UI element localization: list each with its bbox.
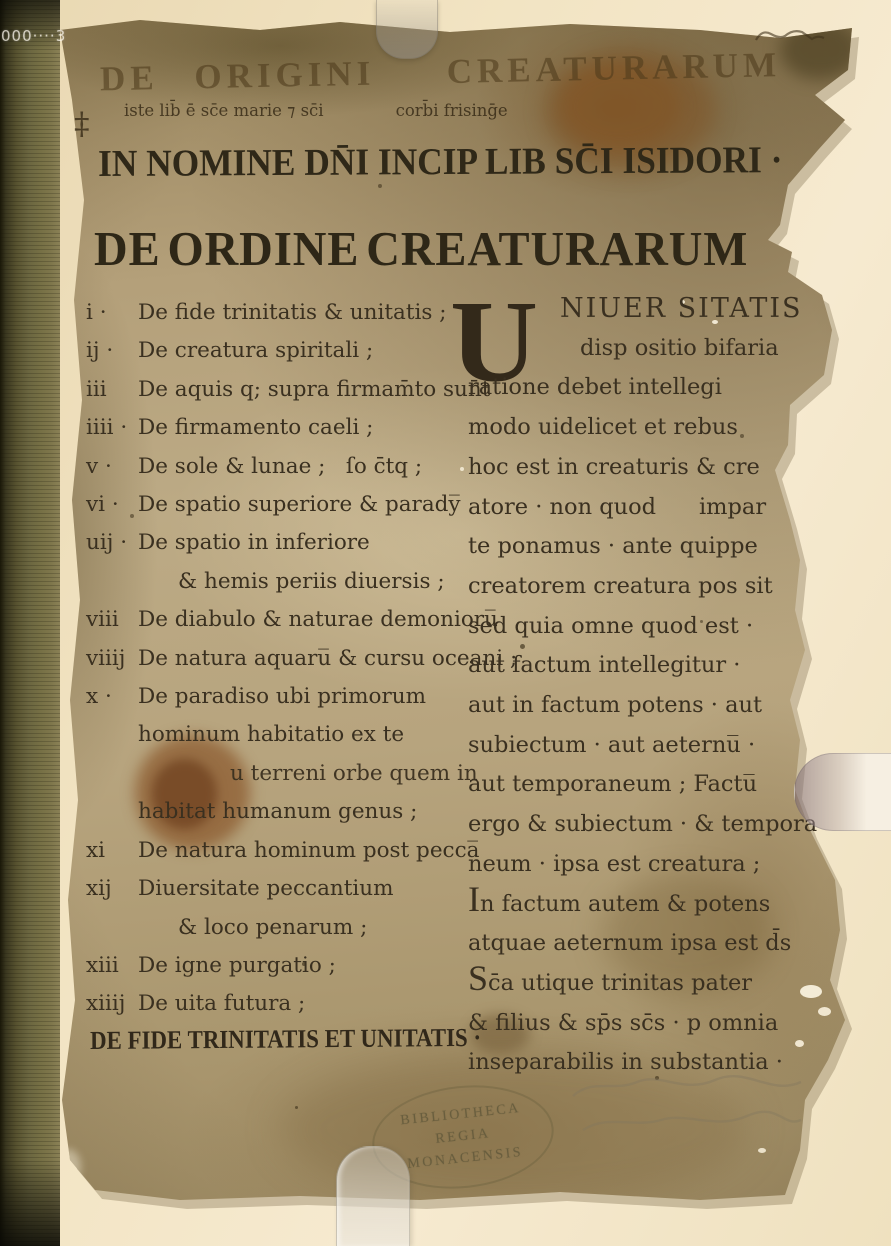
toc-numeral: xiiij xyxy=(86,985,138,1023)
toc-entry: De natura hominum post pecca̅ xyxy=(138,832,479,870)
toc-row: xiiijDe uita futura ; xyxy=(86,985,478,1023)
toc-numeral xyxy=(86,563,138,601)
incipit-heading-line2: DE ORDINE CREATURARUM xyxy=(94,220,748,277)
toc-row: i ·De fide trinitatis & unitatis ; xyxy=(86,294,478,332)
toc-row: x ·De paradiso ubi primorum xyxy=(86,678,478,716)
ownership-inscription: iste lib̄ ē sc̄e marie ⁊ sc̄icorb̄i fris… xyxy=(124,101,508,120)
toc-numeral xyxy=(86,909,138,947)
toc-entry: & loco penarum ; xyxy=(138,909,367,947)
text-line: atore · non quod impar xyxy=(468,488,868,528)
toc-numeral: iiii · xyxy=(86,409,138,447)
toc-entry: De igne purgatio ; xyxy=(138,947,336,985)
toc-entry: De diabulo & naturae demonioru̅ xyxy=(138,601,498,639)
toc-entry: Diuersitate peccantium xyxy=(138,870,394,908)
toc-entry: De aquis q; supra firmam̄to sun̄t xyxy=(138,371,490,409)
toc-numeral: ij · xyxy=(86,332,138,370)
toc-numeral: uij · xyxy=(86,524,138,562)
text-line: aut in factum potens · aut xyxy=(468,686,868,726)
glassine-tab-bottom xyxy=(336,1146,410,1246)
toc-row: uij ·De spatio in inferiore xyxy=(86,524,478,562)
toc-row: viiiDe diabulo & naturae demonioru̅ xyxy=(86,601,478,639)
toc-entry: habitat humanum genus ; xyxy=(138,793,417,831)
toc-numeral xyxy=(86,755,138,793)
chapter-rubric: DE FIDE TRINITATIS ET UNITATIS · xyxy=(90,1023,481,1056)
text-line: NIUER SITATIS xyxy=(468,289,868,329)
speck xyxy=(378,184,382,188)
toc-numeral: x · xyxy=(86,678,138,716)
toc-numeral: xiii xyxy=(86,947,138,985)
toc-entry: De sole & lunae ; ſo c̄tq ; xyxy=(138,448,422,486)
toc-entry: & hemis periis diuersis ; xyxy=(138,563,445,601)
stamp-line: MONACENSIS xyxy=(406,1142,524,1176)
text-line: In factum autem & potens xyxy=(468,885,868,925)
margin-cross-mark: ‡ xyxy=(74,106,90,142)
toc-row: viiijDe natura aquaru̅ & cursu oceani ; xyxy=(86,640,478,678)
glassine-tab-top xyxy=(376,0,438,59)
toc-numeral: xij xyxy=(86,870,138,908)
toc-entry: De spatio in inferiore xyxy=(138,524,370,562)
text-line: te ponamus · ante quippe xyxy=(468,527,868,567)
text-line: modo uidelicet et rebus xyxy=(468,408,868,448)
faint-shelfmark-inscription xyxy=(565,1068,815,1148)
text-line: & filius & sp̄s sc̄s · p omnia xyxy=(468,1004,868,1044)
toc-row: iiiDe aquis q; supra firmam̄to sun̄t xyxy=(86,371,478,409)
toc-entry: De paradiso ubi primorum xyxy=(138,678,426,716)
toc-entry: De firmamento caeli ; xyxy=(138,409,373,447)
toc-row-continuation: habitat humanum genus ; xyxy=(86,793,478,831)
toc-row: vi ·De spatio superiore & parady̅ xyxy=(86,486,478,524)
text-line: ratione debet intellegi xyxy=(468,368,868,408)
toc-entry: De natura aquaru̅ & cursu oceani ; xyxy=(138,640,517,678)
toc-row: ij ·De creatura spiritali ; xyxy=(86,332,478,370)
toc-numeral: viii xyxy=(86,601,138,639)
book-spine-fore-edge xyxy=(0,0,60,1246)
capitula-list: i ·De fide trinitatis & unitatis ; ij ·D… xyxy=(86,294,478,1024)
text-line: Sc̄a utique trinitas pater xyxy=(468,964,868,1004)
toc-row: xiiiDe igne purgatio ; xyxy=(86,947,478,985)
toc-entry: De fide trinitatis & unitatis ; xyxy=(138,294,446,332)
incipit-heading-line1: IN NOMINE DN̄I INCIP LIB SC̄I ISIDORI · xyxy=(98,138,783,186)
glassine-tab-right xyxy=(794,753,891,831)
toc-numeral: i · xyxy=(86,294,138,332)
ownership-right: corb̄i frisinḡe xyxy=(396,101,508,120)
toc-numeral: iii xyxy=(86,371,138,409)
toc-numeral: v · xyxy=(86,448,138,486)
toc-numeral xyxy=(86,793,138,831)
speck xyxy=(295,1106,298,1109)
toc-numeral: viiij xyxy=(86,640,138,678)
toc-row-continuation: & hemis periis diuersis ; xyxy=(86,563,478,601)
text-line: aut factum intellegitur · xyxy=(468,646,868,686)
toc-entry: De creatura spiritali ; xyxy=(138,332,373,370)
toc-row: xijDiuersitate peccantium xyxy=(86,870,478,908)
toc-row-continuation: hominum habitatio ex te xyxy=(86,716,478,754)
toc-entry: u terreni orbe quem in xyxy=(138,755,478,793)
text-line: hoc est in creaturis & cre xyxy=(468,448,868,488)
toc-entry: De spatio superiore & parady̅ xyxy=(138,486,461,524)
text-line: atquae aeternum ipsa est d̄s xyxy=(468,924,868,964)
text-line: disp ositio bifaria xyxy=(468,329,868,369)
toc-row-continuation: & loco penarum ; xyxy=(86,909,478,947)
margin-scribble xyxy=(752,20,830,50)
text-line: subiectum · aut aeternu̅ · xyxy=(468,726,868,766)
manuscript-scan-page: 000····3 DE ORIGINI CREATURARUM iste lib… xyxy=(0,0,891,1246)
toc-row-continuation: u terreni orbe quem in xyxy=(86,755,478,793)
text-line: neum · ipsa est creatura ; xyxy=(468,845,868,885)
scan-corner-label: 000····3 xyxy=(1,27,101,45)
toc-row: iiii ·De firmamento caeli ; xyxy=(86,409,478,447)
main-text-column: NIUER SITATIS disp ositio bifaria ration… xyxy=(468,289,868,1083)
text-line: creatorem creatura pos sit xyxy=(468,567,868,607)
text-line: sed quia omne quod est · xyxy=(468,607,868,647)
worm-hole xyxy=(758,1148,766,1153)
toc-entry: De uita futura ; xyxy=(138,985,305,1023)
toc-row: xiDe natura hominum post pecca̅ xyxy=(86,832,478,870)
toc-numeral: vi · xyxy=(86,486,138,524)
toc-row: v ·De sole & lunae ; ſo c̄tq ; xyxy=(86,448,478,486)
toc-entry: hominum habitatio ex te xyxy=(138,716,404,754)
toc-numeral: xi xyxy=(86,832,138,870)
toc-numeral xyxy=(86,716,138,754)
ownership-left: iste lib̄ ē sc̄e marie ⁊ sc̄i xyxy=(124,101,324,120)
